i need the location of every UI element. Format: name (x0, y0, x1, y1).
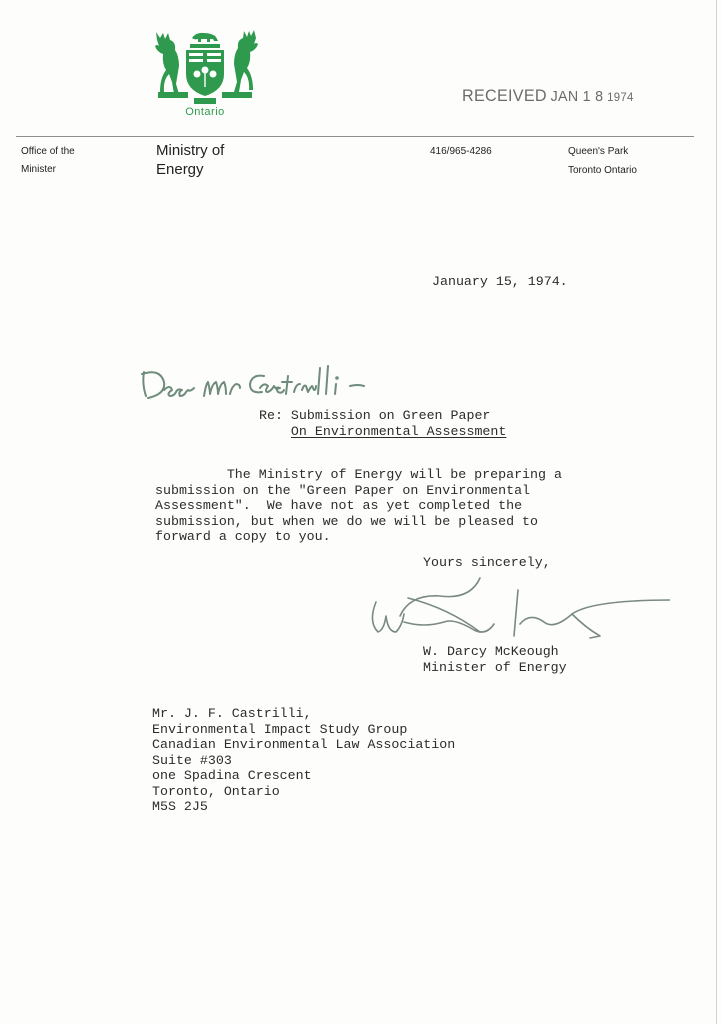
signer-block: W. Darcy McKeough Minister of Energy (423, 644, 567, 675)
office-line-1: Office of the (21, 146, 75, 157)
re-line-1: Submission on Green Paper (291, 408, 491, 423)
office-line-2: Minister (21, 164, 56, 175)
received-stamp: RECEIVEDJAN 1 81974 (462, 86, 634, 106)
phone-number: 416/965-4286 (430, 146, 492, 157)
ministry-line-1: Ministry of (156, 142, 224, 159)
re-line-2: On Environmental Assessment (291, 424, 506, 439)
address-line-2: Toronto Ontario (568, 165, 637, 176)
address-line-1: Queen's Park (568, 146, 628, 157)
signer-title: Minister of Energy (423, 660, 567, 675)
stamp-date: JAN 1 8 (551, 88, 604, 105)
letterhead-divider (16, 136, 694, 137)
subject-line: Re: Submission on Green Paper On Environ… (259, 408, 506, 439)
signature (360, 572, 670, 640)
page-edge (716, 0, 717, 1024)
stamp-year: 1974 (607, 90, 634, 104)
crest-label: Ontario (150, 106, 260, 118)
ontario-coat-of-arms-icon (150, 26, 260, 106)
letter-body: The Ministry of Energy will be preparing… (155, 467, 562, 545)
stamp-word: RECEIVED (462, 86, 547, 105)
handwritten-salutation (138, 360, 408, 400)
letter-date: January 15, 1974. (432, 274, 568, 290)
re-label: Re: (259, 408, 291, 423)
recipient-address: Mr. J. F. Castrilli, Environmental Impac… (152, 706, 455, 815)
signer-name: W. Darcy McKeough (423, 644, 559, 659)
closing: Yours sincerely, (423, 555, 551, 571)
ministry-line-2: Energy (156, 161, 204, 178)
